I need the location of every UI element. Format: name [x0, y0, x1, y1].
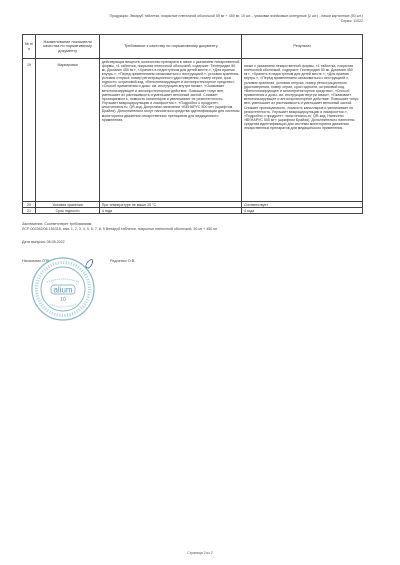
issue-date: Дата выпуска: 08.08.2022 — [22, 240, 65, 244]
signer-name: Радченко О.В. — [110, 259, 135, 263]
row-indicator: Срок годности — [35, 208, 99, 214]
col-result: Результат — [242, 35, 363, 59]
table-row: 21 Срок годности 4 года 4 года — [23, 208, 363, 214]
col-indicator: Наименование показателя качества по норм… — [35, 35, 99, 59]
company-stamp-icon: alium 10 — [30, 256, 96, 322]
page-number: Страница 2 из 2 — [0, 551, 400, 555]
table-header-row: № п/п Наименование показателя качества п… — [23, 35, 363, 59]
table-row: 19 Маркировка действующих веществ, колич… — [23, 59, 363, 202]
row-indicator: Маркировка — [35, 59, 99, 202]
row-requirement: действующих веществ, количество препарат… — [100, 59, 242, 202]
product-line: Продукция: Эвкаруб таблетки, покрытые пл… — [103, 14, 363, 19]
row-number: 21 — [23, 208, 36, 214]
stamp-logo: alium — [53, 286, 72, 295]
row-number: 19 — [23, 59, 36, 202]
row-result: пачке с указанием лекарственной формы, «… — [242, 59, 363, 202]
col-number: № п/п — [23, 35, 36, 59]
stamp-number: 10 — [60, 297, 66, 303]
row-result: 4 года — [242, 208, 363, 214]
quality-table: № п/п Наименование показателя качества п… — [22, 34, 363, 214]
col-requirement: Требование к качеству по нормативному до… — [100, 35, 242, 59]
page-header: Продукция: Эвкаруб таблетки, покрытые пл… — [103, 14, 363, 23]
conclusion-line-2: ЛСР-002282/08-150318, изм. 1, 2, 3, 4, 5… — [22, 227, 217, 232]
series-label: Серия: 11022 — [103, 19, 363, 24]
row-requirement: 4 года — [100, 208, 242, 214]
conclusion: Заключение: Соответствует требованиям ЛС… — [22, 222, 217, 231]
